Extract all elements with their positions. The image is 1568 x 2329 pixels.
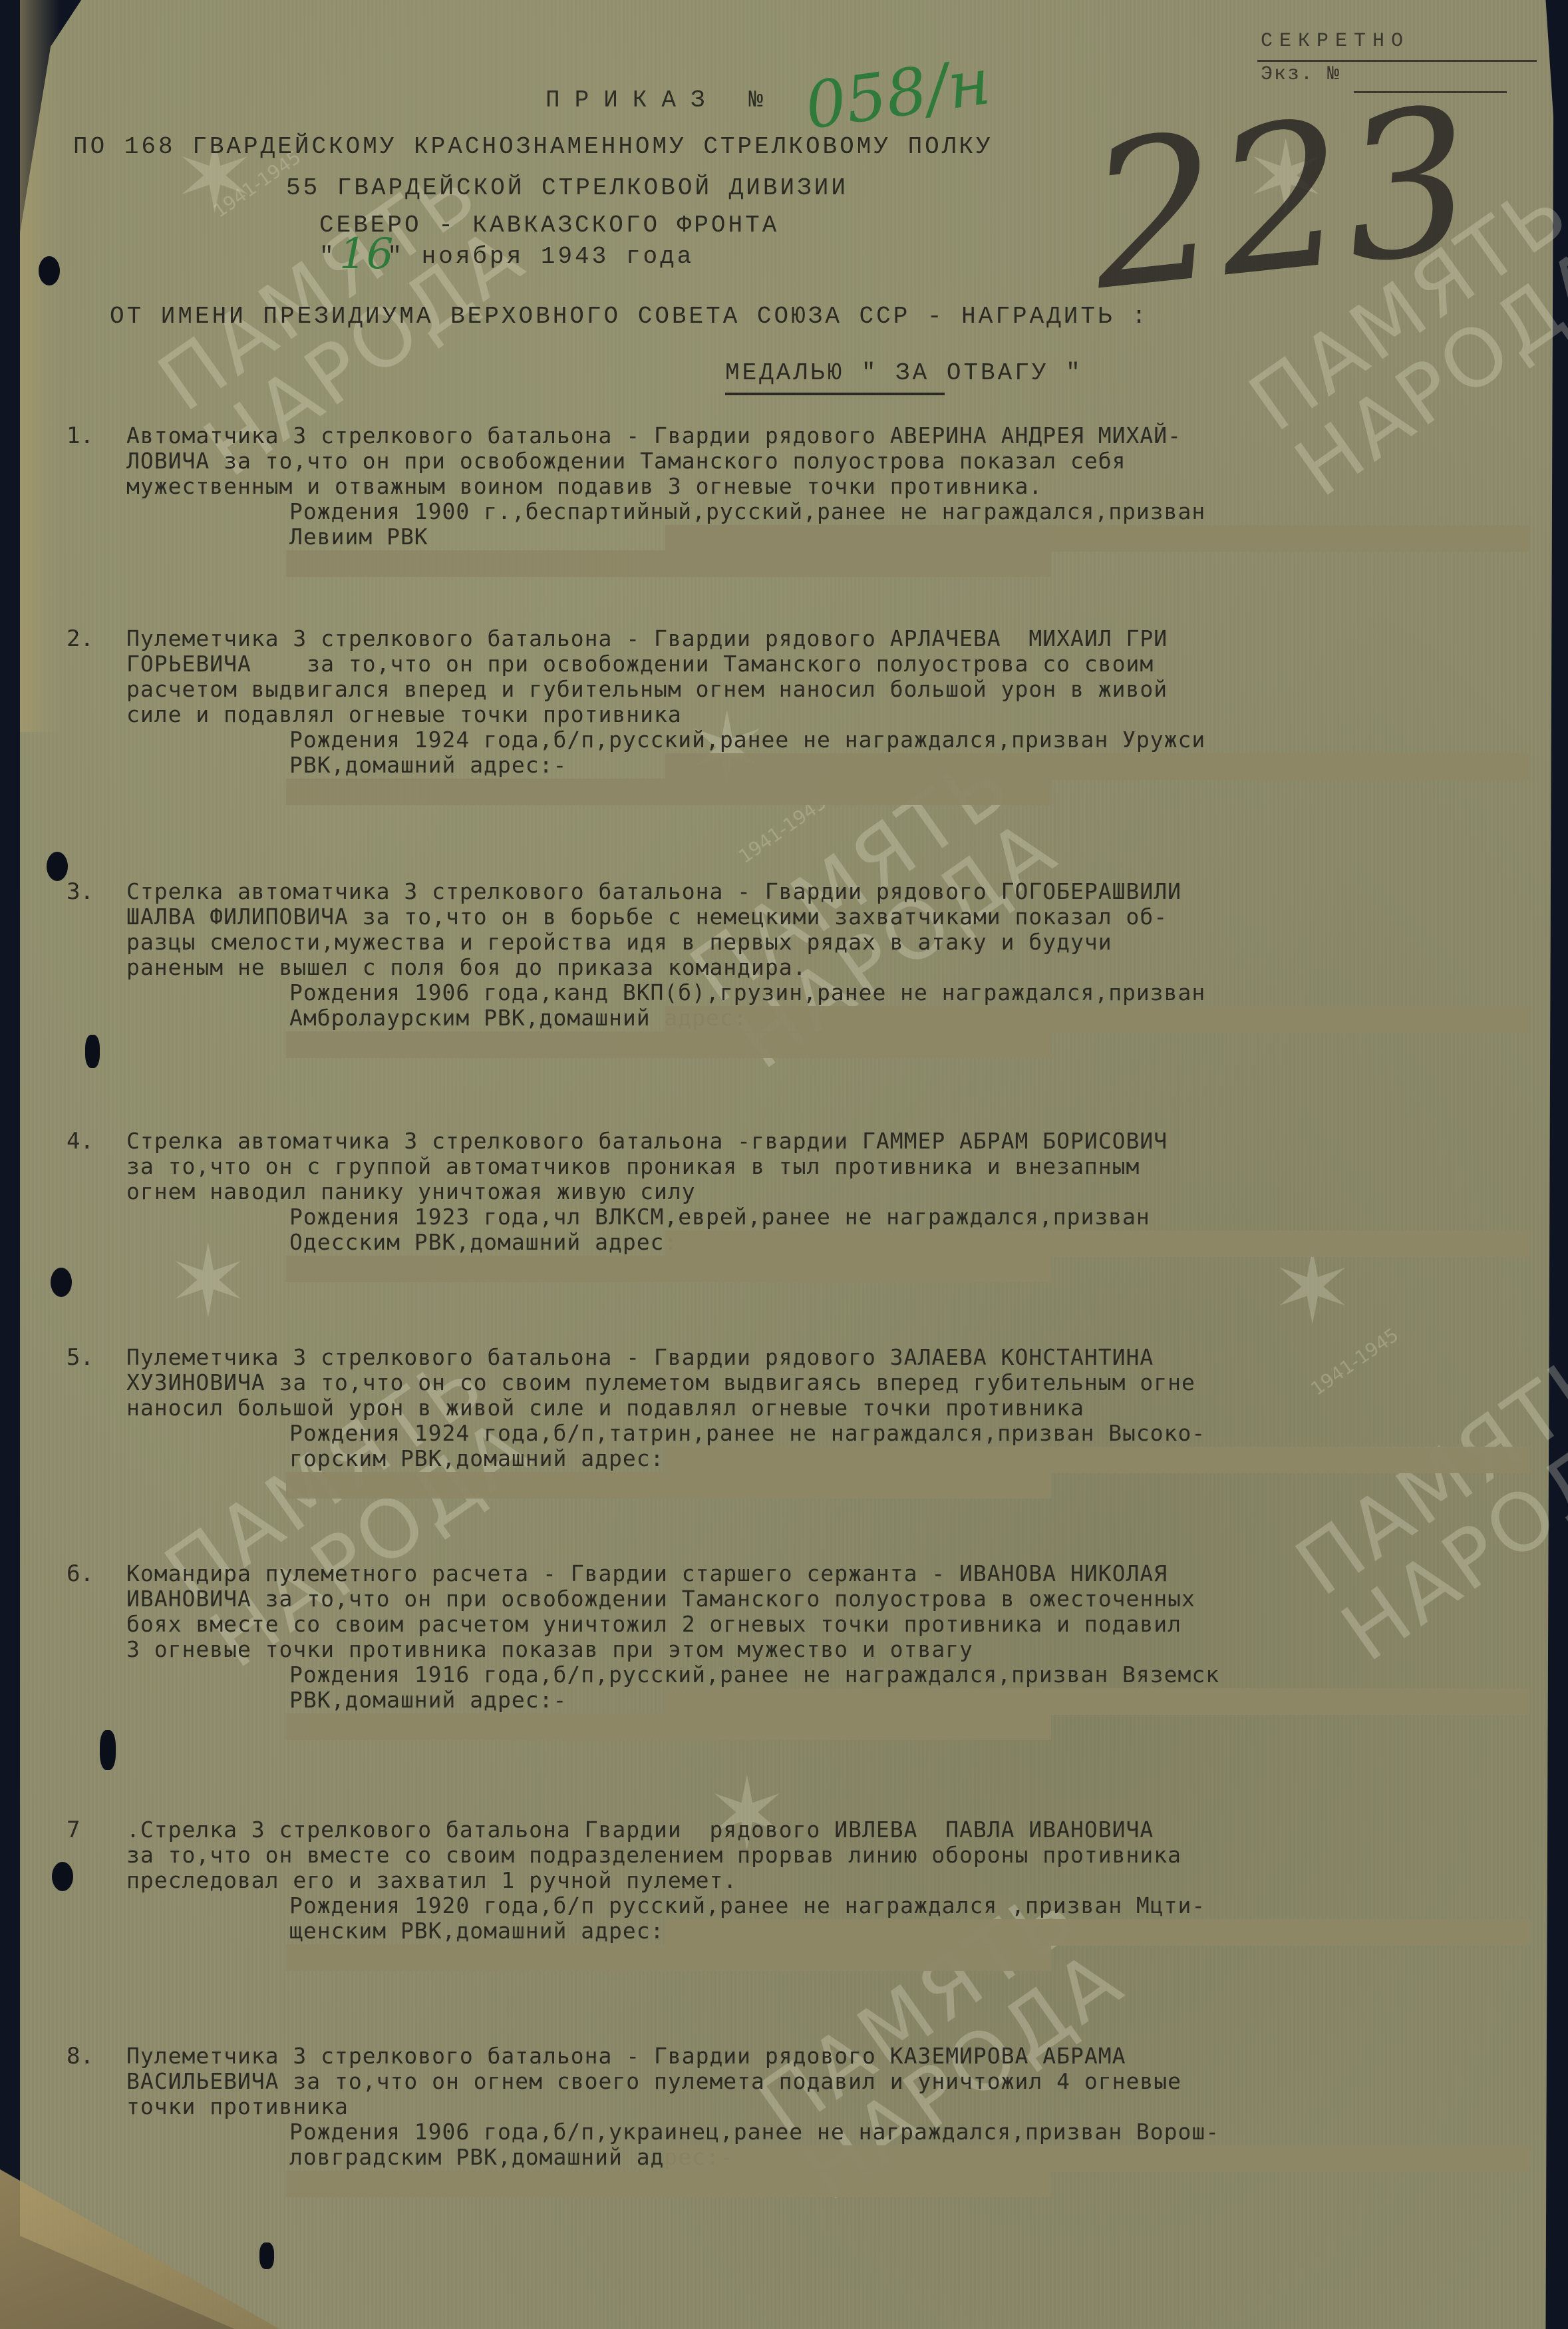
entry-line: Командира пулеметного расчета - Гвардии … [126, 1560, 1168, 1586]
redacted-address [286, 550, 1051, 577]
entry-line: Рождения 1923 года,чл ВЛКСМ,еврей,ранее … [289, 1204, 1150, 1230]
entry-number: 1. [67, 423, 94, 449]
punch-hole [47, 852, 68, 881]
entry-number: 3. [67, 878, 94, 905]
document-title: ПРИКАЗ № [546, 87, 778, 114]
entry-line: огнем наводил панику уничтожая живую сил… [126, 1178, 696, 1204]
redacted-address [665, 1230, 1530, 1257]
medal-title-underline [725, 393, 945, 395]
redacted-address [665, 2145, 1530, 2172]
paper-edge [20, 0, 60, 732]
entry-line: РВК,домашний адрес:- [289, 1687, 567, 1713]
redacted-address [665, 1688, 1530, 1715]
redacted-address [665, 1919, 1530, 1946]
redacted-address [665, 1447, 1530, 1473]
entry-line: Пулеметчика 3 стрелкового батальона - Гв… [126, 2043, 1126, 2069]
entry-line: ВАСИЛЬЕВИЧА за то,что он огнем своего пу… [126, 2068, 1181, 2094]
redacted-address [286, 779, 1051, 805]
entry-line: Левиим РВК [289, 524, 428, 550]
entry-line: Рождения 1924 года,б/п,русский,ранее не … [289, 727, 1205, 753]
entry-line: Рождения 1920 года,б/п русский,ранее не … [289, 1892, 1205, 1918]
entry-number: 6. [67, 1560, 94, 1587]
entry-line: наносил большой урон в живой силе и пода… [126, 1395, 1084, 1421]
secret-stamp: СЕКРЕТНО [1261, 30, 1410, 53]
entry-line: за то,что он с группой автоматчиков прон… [126, 1153, 1140, 1179]
tear-mark [85, 1035, 100, 1068]
redacted-address [665, 1006, 1530, 1033]
entry-line: Стрелка автоматчика 3 стрелкового баталь… [126, 878, 1181, 904]
entry-line: .Стрелка 3 стрелкового батальона Гвардии… [126, 1817, 1154, 1843]
redacted-address [286, 2171, 1051, 2197]
entry-line: РВК,домашний адрес:- [289, 752, 567, 778]
stamp-rule [1257, 60, 1537, 62]
tear-mark [259, 2242, 274, 2269]
punch-hole [39, 256, 60, 285]
redacted-address [286, 1944, 1051, 1971]
medal-title: МЕДАЛЬЮ " ЗА ОТВАГУ " [725, 359, 1083, 387]
entry-line: ИВАНОВИЧА за то,что он при освобождении … [126, 1586, 1195, 1612]
handwritten-archive-mark: 223 [1082, 81, 1482, 319]
entry-line: Рождения 1916 года,б/п,русский,ранее не … [289, 1662, 1219, 1688]
entry-line: раненым не вышел с поля боя до приказа к… [126, 954, 807, 980]
entry-number: 2. [67, 626, 94, 652]
handwritten-date-day: 16 [339, 230, 393, 279]
redacted-address [665, 525, 1530, 552]
punch-hole [51, 1268, 72, 1297]
redacted-address [286, 1031, 1051, 1058]
entry-line: 3 огневые точки противника показав при э… [126, 1636, 973, 1662]
entry-number: 5. [67, 1344, 94, 1371]
entry-line: Пулеметчика 3 стрелкового батальона - Гв… [126, 626, 1168, 651]
entry-line: мужественным и отважным воином подавив 3… [126, 473, 1042, 499]
redacted-address [286, 1256, 1051, 1282]
entry-line: силе и подавлял огневые точки противника [126, 701, 682, 727]
unit-line-division: 55 ГВАРДЕЙСКОЙ СТРЕЛКОВОЙ ДИВИЗИИ [286, 174, 848, 202]
entry-line: Рождения 1906 года,канд ВКП(б),грузин,ра… [289, 980, 1205, 1005]
entry-line: щенским РВК,домашний адрес: [289, 1918, 664, 1944]
entry-line: разцы смелости,мужества и геройства идя … [126, 929, 1112, 955]
entry-number: 7 [67, 1817, 80, 1843]
entry-line: ШАЛВА ФИЛИПОВИЧА за то,что он в борьбе с… [126, 904, 1168, 930]
entry-line: Рождения 1906 года,б/п,украинец,ранее не… [289, 2119, 1219, 2145]
entry-line: за то,что он вместе со своим подразделен… [126, 1842, 1181, 1868]
tear-mark [100, 1730, 116, 1770]
authority-line: ОТ ИМЕНИ ПРЕЗИДИУМА ВЕРХОВНОГО СОВЕТА СО… [110, 303, 1149, 330]
unit-line-regiment: ПО 168 ГВАРДЕЙСКОМУ КРАСНОЗНАМЕННОМУ СТР… [73, 133, 993, 160]
redacted-address [286, 1713, 1051, 1740]
redacted-address [665, 753, 1530, 780]
entry-line: Пулеметчика 3 стрелкового батальона - Гв… [126, 1344, 1154, 1370]
redacted-address [286, 1472, 1051, 1499]
punch-hole [52, 1862, 73, 1891]
entry-line: Рождения 1900 г.,беспартийный,русский,ра… [289, 498, 1205, 524]
entry-line: расчетом выдвигался вперед и губительным… [126, 676, 1168, 702]
entry-line: боях вместе со своим расчетом уничтожил … [126, 1611, 1181, 1637]
entry-line: Автоматчика 3 стрелкового батальона - Гв… [126, 423, 1181, 448]
entry-line: точки противника [126, 2093, 349, 2119]
entry-line: Одесским РВК,домашний адрес: [289, 1229, 678, 1255]
entry-line: ЛОВИЧА за то,что он при освобождении Там… [126, 448, 1126, 474]
entry-line: Стрелка автоматчика 3 стрелкового баталь… [126, 1128, 1168, 1154]
entry-line: Рождения 1924 года,б/п,татрин,ранее не н… [289, 1420, 1205, 1446]
entry-number: 4. [67, 1128, 94, 1155]
entry-line: ХУЗИНОВИЧА за то,что он со своим пулемет… [126, 1369, 1195, 1395]
entry-number: 8. [67, 2043, 94, 2069]
entry-line: преследовал его и захватил 1 ручной пуле… [126, 1867, 737, 1893]
entry-line: ГОРЬЕВИЧА за то,что он при освобождении … [126, 651, 1154, 677]
entry-line: горским РВК,домашний адрес: [289, 1445, 664, 1471]
